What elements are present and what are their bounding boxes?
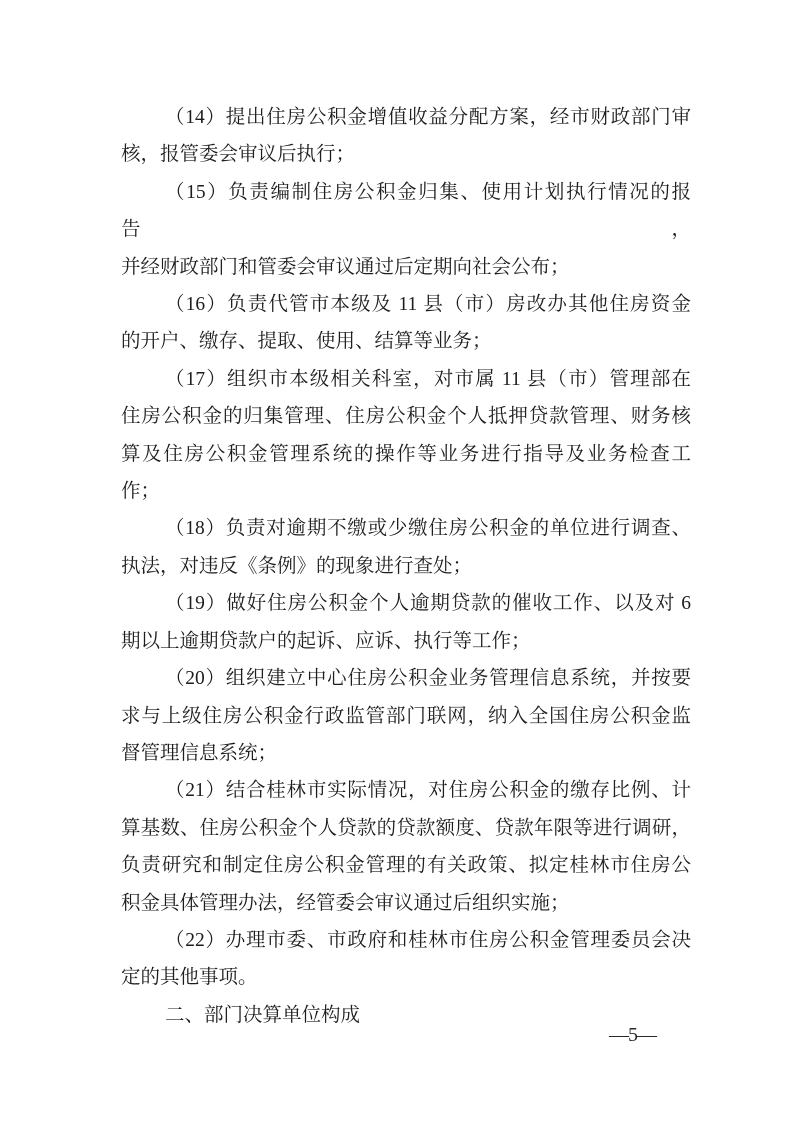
paragraph-line: （20）组织建立中心住房公积金业务管理信息系统，并按要 <box>121 660 691 697</box>
document-page: （14）提出住房公积金增值收益分配方案，经市财政部门审核，报管委会审议后执行；（… <box>0 0 800 1131</box>
paragraph-line: （21）结合桂林市实际情况，对住房公积金的缴存比例、计 <box>121 772 691 809</box>
paragraph-line: 负责研究和制定住房公积金管理的有关政策、拟定桂林市住房公 <box>121 847 691 884</box>
paragraph-line: （14）提出住房公积金增值收益分配方案，经市财政部门审 <box>121 99 691 136</box>
paragraph-line: 并经财政部门和管委会审议通过后定期向社会公布； <box>121 249 691 286</box>
paragraph-line: （17）组织市本级相关科室，对市属 11 县（市）管理部在 <box>121 361 691 398</box>
document-body: （14）提出住房公积金增值收益分配方案，经市财政部门审核，报管委会审议后执行；（… <box>121 99 691 1034</box>
paragraph-line: （15）负责编制住房公积金归集、使用计划执行情况的报告， <box>121 174 691 249</box>
paragraph-line: 住房公积金的归集管理、住房公积金个人抵押贷款管理、财务核 <box>121 398 691 435</box>
paragraph-line: （16）负责代管市本级及 11 县（市）房改办其他住房资金 <box>121 286 691 323</box>
paragraph-line: 求与上级住房公积金行政监管部门联网，纳入全国住房公积金监 <box>121 698 691 735</box>
paragraph-line: 的开户、缴存、提取、使用、结算等业务； <box>121 323 691 360</box>
paragraph-line: 督管理信息系统； <box>121 735 691 772</box>
page-number: —5— <box>609 1024 669 1047</box>
paragraph-line: 作； <box>121 473 691 510</box>
paragraph-line: 算基数、住房公积金个人贷款的贷款额度、贷款年限等进行调研， <box>121 810 691 847</box>
paragraph-line: 积金具体管理办法，经管委会审议通过后组织实施； <box>121 885 691 922</box>
paragraph-line: （18）负责对逾期不缴或少缴住房公积金的单位进行调查、 <box>121 510 691 547</box>
section-heading: 二、部门决算单位构成 <box>121 997 691 1034</box>
paragraph-line: 核，报管委会审议后执行； <box>121 136 691 173</box>
paragraph-line: （22）办理市委、市政府和桂林市住房公积金管理委员会决 <box>121 922 691 959</box>
paragraph-line: 期以上逾期贷款户的起诉、应诉、执行等工作； <box>121 623 691 660</box>
paragraph-line: （19）做好住房公积金个人逾期贷款的催收工作、以及对 6 <box>121 585 691 622</box>
paragraph-line: 算及住房公积金管理系统的操作等业务进行指导及业务检查工 <box>121 436 691 473</box>
paragraph-line: 定的其他事项。 <box>121 959 691 996</box>
paragraph-line: 执法，对违反《条例》的现象进行查处； <box>121 548 691 585</box>
